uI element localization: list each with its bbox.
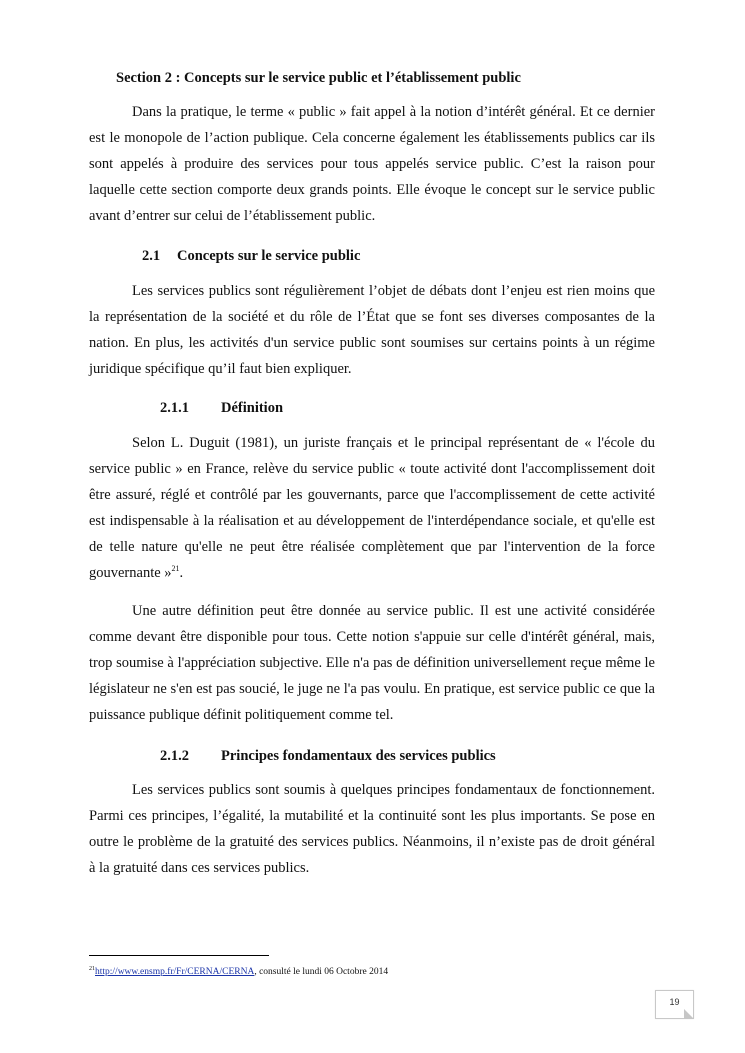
- subsection-number: 2.1.1: [160, 400, 221, 417]
- paragraph-definition-2: Une autre définition peut être donnée au…: [89, 598, 655, 728]
- subsection-number: 2.1.2: [160, 748, 221, 765]
- footnote-21: 21http://www.ensmp.fr/Fr/CERNA/CERNA, co…: [89, 967, 388, 977]
- subsection-heading-2-1-2: 2.1.2Principes fondamentaux des services…: [160, 748, 496, 765]
- subsection-title: Définition: [221, 400, 283, 416]
- subsection-title: Concepts sur le service public: [177, 248, 360, 264]
- page-curl-icon: [684, 1009, 694, 1019]
- subsection-heading-2-1-1: 2.1.1Définition: [160, 400, 283, 417]
- footnote-separator: [89, 955, 269, 956]
- subsection-number: 2.1: [142, 248, 177, 265]
- paragraph-text: Selon L. Duguit (1981), un juriste franç…: [89, 435, 655, 581]
- page-number: 19: [656, 997, 693, 1007]
- subsection-heading-2-1: 2.1Concepts sur le service public: [142, 248, 360, 265]
- subsection-title: Principes fondamentaux des services publ…: [221, 748, 496, 764]
- paragraph-definition-1: Selon L. Duguit (1981), un juriste franç…: [89, 430, 655, 586]
- paragraph-end: .: [180, 565, 184, 581]
- paragraph-2-1: Les services publics sont régulièrement …: [89, 278, 655, 382]
- intro-paragraph: Dans la pratique, le terme « public » fa…: [89, 99, 655, 229]
- section-heading: Section 2 : Concepts sur le service publ…: [116, 70, 521, 87]
- footnote-reference[interactable]: 21: [172, 564, 180, 573]
- footnote-link[interactable]: http://www.ensmp.fr/Fr/CERNA/CERNA: [95, 967, 254, 977]
- page-number-box: 19: [655, 990, 694, 1019]
- document-page: Section 2 : Concepts sur le service publ…: [0, 0, 745, 1053]
- footnote-suffix: , consulté le lundi 06 Octobre 2014: [254, 967, 388, 977]
- paragraph-principes: Les services publics sont soumis à quelq…: [89, 777, 655, 881]
